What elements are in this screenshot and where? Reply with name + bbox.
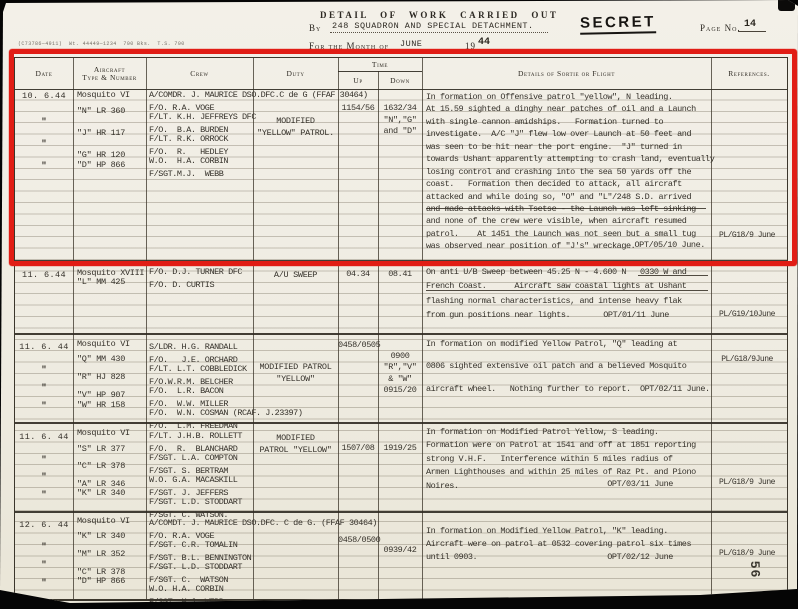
crew-line: F/SGT. L.D. STODDART xyxy=(149,498,379,507)
detail-line: aircraft wheel. Nothing further to repor… xyxy=(426,385,712,407)
duty-line: "YELLOW" xyxy=(253,372,338,384)
block-separator xyxy=(15,422,787,424)
page-number: 14 xyxy=(738,19,766,32)
detail-line: In formation on modified Yellow Patrol, … xyxy=(426,340,712,362)
detail-line: Formation were on Patrol at 1541 and off… xyxy=(426,441,712,454)
duty-label: MODIFIEDPATROL "YELLOW" xyxy=(253,432,338,456)
block-separator xyxy=(15,511,787,513)
crew-line: W.O. H.A. CORBIN xyxy=(149,585,379,594)
scanned-ops-record-page: (C73786—4911) Wt. 44449—1234 700 Bks. T.… xyxy=(0,0,798,609)
ditto-mark: " xyxy=(15,561,73,570)
sortie-details: In formation on modified Yellow Patrol, … xyxy=(426,340,712,407)
time-down-line: "R","V" xyxy=(378,363,422,375)
time-down-line: 08.41 xyxy=(378,270,422,282)
opt-code: OPT/02/12 June xyxy=(515,553,673,562)
duty-line: A/U SWEEP xyxy=(253,271,338,283)
time-up-value: 0458/0500 xyxy=(338,536,378,545)
crew-line: F/O. W.N. COSMAN (RCAF. J.23397) xyxy=(149,409,379,418)
detail-line: flashing normal characteristics, and int… xyxy=(426,297,712,311)
ditto-mark: " xyxy=(15,579,73,588)
ditto-mark: " xyxy=(15,384,73,393)
reference-value: PL/G18/9June xyxy=(709,355,785,364)
strikeout-mark xyxy=(426,290,708,291)
ditto-mark: " xyxy=(15,456,73,465)
opt-code: OPT/01/11 June xyxy=(515,311,669,320)
time-down-value: 1919/25 xyxy=(378,444,422,456)
date-value: 12. 6. 44 xyxy=(15,521,73,530)
crew-line: F/O. L.M. FREEDMAN xyxy=(149,422,379,431)
form-print-code: (C73786—4911) Wt. 44449—1234 700 Bks. T.… xyxy=(18,41,185,47)
time-down-value: 0939/42 xyxy=(378,546,422,558)
ditto-mark: " xyxy=(15,473,73,482)
reference-value: PL/G18/9 June xyxy=(709,478,785,487)
ditto-mark: " xyxy=(15,402,73,411)
time-down-line: 0939/42 xyxy=(378,546,422,558)
corner-number-stamp: 56 xyxy=(747,560,763,578)
duty-label: MODIFIED PATROL"YELLOW" xyxy=(253,360,338,384)
detail-line: strong V.H.F. Interference within 5 mile… xyxy=(426,455,712,468)
time-up-value: 04.34 xyxy=(338,270,378,279)
crew-list: A/COMDT. J. MAURICE DSO.DFC. C de G. (FF… xyxy=(149,519,379,607)
secret-stamp: SECRET xyxy=(580,13,656,35)
duty-label: A/U SWEEP xyxy=(253,271,338,283)
date-value: 11. 6. 44 xyxy=(15,433,73,442)
page-number-label: Page No. xyxy=(700,23,741,33)
scan-corner-mark xyxy=(778,0,795,11)
strikeout-mark xyxy=(638,275,708,276)
crew-line: A/COMDT. J. MAURICE DSO.DFC. C de G. (FF… xyxy=(149,519,379,528)
date-value: 11. 6.44 xyxy=(15,271,73,280)
block-separator xyxy=(15,333,787,335)
crew-line: W.O. G.A. MACASKILL xyxy=(149,476,379,485)
crew-line: F/O. L.R. BACON xyxy=(149,387,379,396)
by-label: By xyxy=(309,23,321,33)
time-up-value: 1507/08 xyxy=(338,444,378,453)
detail-line: 0806 sighted extensive oil patch and a b… xyxy=(426,362,712,384)
unit-name: 248 SQUADRON AND SPECIAL DETACHMENT. xyxy=(330,21,548,33)
ditto-mark: " xyxy=(15,543,73,552)
form-title: DETAIL OF WORK CARRIED OUT xyxy=(320,10,558,20)
duty-line: MODIFIED xyxy=(253,432,338,444)
date-value: 11. 6. 44 xyxy=(15,343,73,352)
duty-line: PATROL "YELLOW" xyxy=(253,444,338,456)
opt-code: OPT/03/11 June xyxy=(515,480,673,489)
ditto-mark: " xyxy=(15,366,73,375)
time-down-line: 1919/25 xyxy=(378,444,422,456)
detail-line: In formation on Modified Patrol Yellow, … xyxy=(426,428,712,441)
time-down-value: 0900"R","V"& "W"0915/20 xyxy=(378,341,422,398)
reference-value: PL/G18/9 June xyxy=(709,549,785,558)
time-down-line: 0915/20 xyxy=(378,386,422,398)
crew-line: F/SGT. M.J. WEBB. xyxy=(149,598,379,607)
crew-list: S/LDR. H.G. RANDALLF/O. J.E. ORCHARDF/LT… xyxy=(149,343,379,431)
crew-line: F/SGT. L.D. STODDART xyxy=(149,563,379,572)
duty-line: MODIFIED PATROL xyxy=(253,360,338,372)
time-down-value: 08.41 xyxy=(378,270,422,282)
ditto-mark: " xyxy=(15,491,73,500)
reference-value: PL/G19/10June xyxy=(709,310,785,319)
red-highlight-box xyxy=(9,49,797,266)
time-up-value: 0458/0505 xyxy=(338,341,378,350)
